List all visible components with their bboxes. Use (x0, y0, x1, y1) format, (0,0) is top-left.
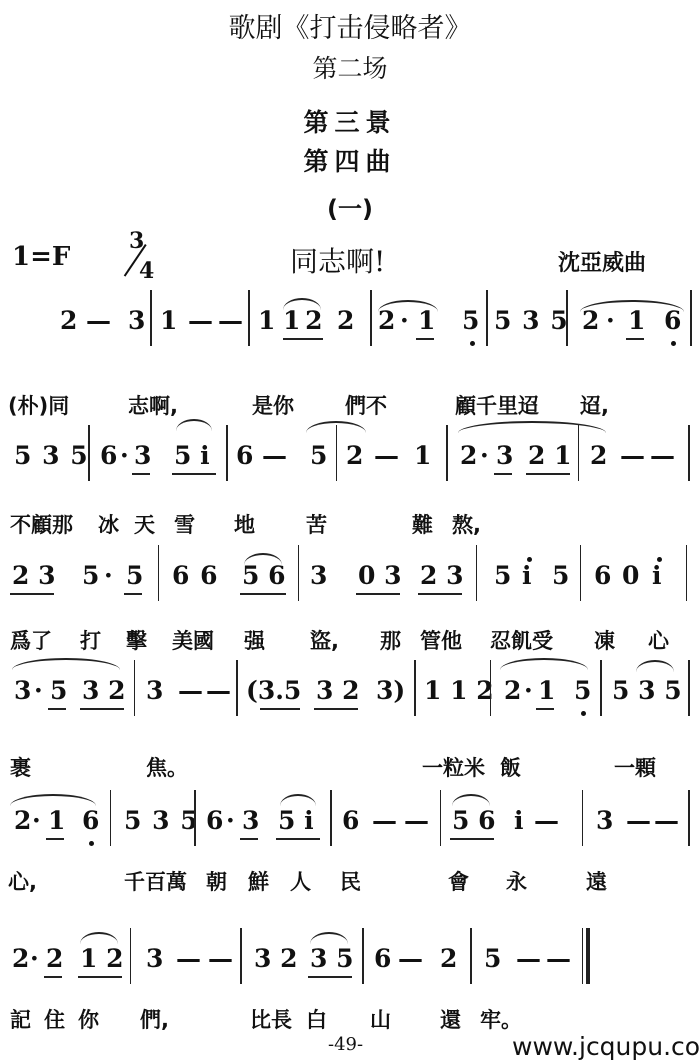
bar-line (134, 660, 135, 716)
key-signature: 1=F (12, 242, 70, 272)
dot: · (120, 441, 129, 471)
note: 1 (418, 306, 435, 336)
underline (240, 593, 286, 595)
bar-line (414, 660, 416, 716)
note: 2 (337, 306, 354, 336)
note: 6 (100, 441, 117, 471)
bar-line (490, 660, 491, 716)
final-bar-line (586, 928, 590, 984)
bar-line (476, 545, 477, 601)
dash: — (398, 944, 423, 974)
bar-line (580, 545, 581, 601)
note: 5 (462, 306, 479, 336)
slur (452, 794, 490, 806)
lyric: 你 (78, 1004, 99, 1034)
song-number-title: 第四曲 (0, 142, 700, 178)
note: 2 (440, 944, 457, 974)
dot: · (32, 806, 41, 836)
lyric: 凍 (594, 625, 615, 655)
bar-line (130, 928, 131, 984)
time-signature: 3 4 (115, 228, 155, 292)
lyric: 美國 (172, 625, 214, 655)
lyrics-row: (朴)同 志啊, 是你 們不 顧千里迢 迢, (0, 390, 700, 420)
note: 3 (14, 676, 31, 706)
underline (80, 708, 124, 710)
note: 5 (484, 944, 501, 974)
score-system-4: 3 · 5 3 2 3 — — (3.5 3 2 3) 1 1 2 2 · 1 … (0, 660, 700, 770)
bar-line (486, 290, 488, 346)
dash: — (206, 676, 231, 706)
bar-line (88, 425, 90, 481)
dot: · (400, 306, 409, 336)
slur (10, 794, 96, 806)
lyric: 冰 (98, 509, 119, 539)
notes-row: 2 — 3 1 — — 1 1 2 2 2 · 1 5 5 3 5 2 · 1 … (0, 290, 700, 350)
note: i (652, 561, 662, 591)
bar-line (240, 928, 242, 984)
underline (626, 338, 644, 340)
dot: · (606, 306, 615, 336)
lyric: 朝 (206, 866, 227, 896)
score-system-3: 2 3 5 · 5 6 6 5 6 3 0 3 2 3 5 i 5 6 0 i … (0, 545, 700, 655)
lyric: 永 (506, 866, 527, 896)
dash: — (534, 806, 559, 836)
note-group: 5 i (278, 806, 314, 836)
note: 5 (552, 561, 569, 591)
lyric: 們不 (345, 390, 387, 420)
note: 6 (82, 806, 99, 836)
score-system-5: 2 · 1 6 5 3 5 6 · 3 5 i 6 — — 5 6 i — 3 … (0, 790, 700, 900)
note: i (514, 806, 524, 836)
lyric: 忍飢受 (490, 625, 553, 655)
underline (260, 708, 300, 710)
bar-line (688, 660, 690, 716)
note: 3 (134, 441, 151, 471)
slur (12, 658, 120, 670)
lyric: 難 (412, 509, 433, 539)
lyric: 鮮 (248, 866, 269, 896)
lyric: 千百萬 (124, 866, 187, 896)
note: 6 (342, 806, 359, 836)
lyric: 苦 (306, 509, 327, 539)
note: 6 (206, 806, 223, 836)
lyric: 裹 (10, 752, 31, 782)
note: 2 (504, 676, 521, 706)
note-group: 5 3 5 (612, 676, 682, 706)
underline (44, 976, 62, 978)
note: 5 (126, 561, 143, 591)
score-system-6: 2 · 2 1 2 3 — — 3 2 3 5 6 — 2 5 — — 記 住 … (0, 928, 700, 1038)
underline (314, 708, 358, 710)
underline (132, 473, 150, 475)
dash: — (86, 306, 111, 336)
dot: · (524, 676, 533, 706)
high-octave-dot (657, 557, 662, 562)
lyric: 地 (234, 509, 255, 539)
underline (10, 593, 54, 595)
note: 2 (582, 306, 599, 336)
low-octave-dot (470, 341, 475, 346)
note-group: 0 3 (358, 561, 402, 591)
note: 5 (310, 441, 327, 471)
note: 3 (310, 561, 327, 591)
note-group: (3.5 (246, 676, 301, 706)
lyrics-row: 心, 千百萬 朝 鮮 人 民 會 永 遠 (0, 866, 700, 896)
lyric: 記 (10, 1004, 31, 1034)
lyric: 一顆 (614, 752, 656, 782)
note: 5 (82, 561, 99, 591)
note-group: 5 3 5 (14, 441, 88, 471)
bar-line (194, 790, 196, 846)
lyric: 熬, (452, 509, 481, 539)
time-denominator: 4 (139, 258, 154, 284)
note: 1 (538, 676, 555, 706)
lyric: 不顧那 (10, 509, 73, 539)
scene-title: 第二场 (0, 49, 700, 85)
note: 6 (374, 944, 391, 974)
bar-line (236, 660, 238, 716)
lyric: 天 (134, 509, 155, 539)
low-octave-dot (671, 341, 676, 346)
note-group: 3 2 (316, 676, 360, 706)
high-octave-dot (527, 557, 532, 562)
note-group: 5 3 5 (494, 306, 568, 336)
note-group: 1 2 (283, 306, 321, 336)
underline (356, 593, 400, 595)
lyric: 民 (340, 866, 361, 896)
slur (80, 932, 118, 944)
lyric: 强 (244, 625, 265, 655)
lyric: (朴)同 (8, 390, 69, 420)
lyric: 心 (648, 625, 669, 655)
lyric: 盜, (310, 625, 339, 655)
note-group: 2 1 (528, 441, 572, 471)
note: i (522, 561, 532, 591)
dot: · (30, 944, 39, 974)
slur (458, 421, 606, 433)
bar-line (150, 290, 152, 346)
note: 2 (346, 441, 363, 471)
lyric: 飯 (500, 752, 521, 782)
bar-line (578, 425, 579, 481)
notes-row: 5 3 5 6 · 3 5 i 6 — 5 2 — 1 2 · 3 2 1 2 … (0, 425, 700, 485)
dash: — (178, 676, 203, 706)
lyric: 一粒米 (422, 752, 485, 782)
note: 2 (460, 441, 477, 471)
opera-title: 歌剧《打击侵略者》 (0, 6, 700, 45)
score-system-2: 5 3 5 6 · 3 5 i 6 — 5 2 — 1 2 · 3 2 1 2 … (0, 425, 700, 535)
note: 1 (48, 806, 65, 836)
bar-line (248, 290, 250, 346)
lyrics-row: 爲了 打 擊 美國 强 盜, 那 管他 忍飢受 凍 心 (0, 625, 700, 655)
bar-line (600, 660, 602, 716)
bar-line (688, 425, 690, 481)
note: 6 (236, 441, 253, 471)
bar-line (110, 790, 111, 846)
lyric: 會 (448, 866, 469, 896)
lyric: 顧千里迢 (455, 390, 539, 420)
underline (308, 976, 352, 978)
dash: — (176, 944, 201, 974)
note: 5 (574, 676, 591, 706)
note: 3 (128, 306, 145, 336)
slur (500, 658, 588, 670)
note-group: 3 2 (254, 944, 298, 974)
lyric: 迢, (580, 390, 609, 420)
note: 2 (378, 306, 395, 336)
note-group: 2 3 (12, 561, 56, 591)
underline (78, 976, 122, 978)
composer: 沈亞威曲 (558, 246, 646, 277)
note: 1 (414, 441, 431, 471)
note-group: 1 1 2 (424, 676, 494, 706)
dash: — (546, 944, 571, 974)
note-group: 2 3 (420, 561, 464, 591)
note: 2 (590, 441, 607, 471)
note: 5 (494, 561, 511, 591)
note: 3 (496, 441, 513, 471)
dash: — (208, 944, 233, 974)
sub-scene-title: 第三景 (0, 103, 700, 139)
note-group: 1 2 (80, 944, 124, 974)
note-group: 5 3 5 (124, 806, 198, 836)
note: 1 (628, 306, 645, 336)
bar-line (566, 290, 568, 346)
lyrics-row: 記 住 你 們, 比長 白 山 還 牢。 (0, 1004, 700, 1034)
slur (176, 419, 212, 431)
bar-line (582, 790, 583, 846)
low-octave-dot (89, 841, 94, 846)
underline (283, 338, 323, 340)
note-group: 5 6 (242, 561, 286, 591)
note: 2 (14, 806, 31, 836)
bar-line (362, 928, 364, 984)
note-group: 3 5 (310, 944, 354, 974)
bar-line (336, 425, 337, 481)
note: 3 (146, 944, 163, 974)
dash: — (620, 441, 645, 471)
dash: — (262, 441, 287, 471)
bar-line (582, 928, 583, 984)
lyric: 那 (380, 625, 401, 655)
dash: — (516, 944, 541, 974)
lyric: 打 (80, 625, 101, 655)
note: 6 (594, 561, 611, 591)
lyric: 管他 (420, 625, 462, 655)
lyrics-row: 不顧那 冰 天 雪 地 苦 難 熬, (0, 509, 700, 539)
note: 5 (50, 676, 67, 706)
underline (48, 708, 66, 710)
lyric: 爲了 (10, 625, 52, 655)
page-number: -49- (328, 1034, 363, 1055)
note: 2 (60, 306, 77, 336)
lyrics-row: 裹 焦。 一粒米 飯 一顆 (0, 752, 700, 782)
bar-line (370, 290, 372, 346)
notes-row: 2 3 5 · 5 6 6 5 6 3 0 3 2 3 5 i 5 6 0 i (0, 545, 700, 605)
bar-line (226, 425, 228, 481)
lyric: 心, (8, 866, 37, 896)
lyric: 人 (290, 866, 311, 896)
part-number: (一) (0, 189, 700, 224)
slur (636, 660, 674, 672)
note-group: 5 i (174, 441, 210, 471)
underline (276, 838, 320, 840)
underline (46, 838, 64, 840)
underline (124, 593, 142, 595)
notes-row: 3 · 5 3 2 3 — — (3.5 3 2 3) 1 1 2 2 · 1 … (0, 660, 700, 720)
notes-row: 2 · 1 6 5 3 5 6 · 3 5 i 6 — — 5 6 i — 3 … (0, 790, 700, 850)
slur (280, 794, 316, 806)
note: 2 (12, 944, 29, 974)
dot: · (480, 441, 489, 471)
lyric: 雪 (174, 509, 195, 539)
lyric: 們, (140, 1004, 169, 1034)
note-group: 5 6 (452, 806, 496, 836)
note: 2 (46, 944, 63, 974)
bar-line (330, 790, 332, 846)
bar-line (688, 790, 690, 846)
note-group: 6 6 (172, 561, 218, 591)
underline (172, 473, 216, 475)
notes-row: 2 · 2 1 2 3 — — 3 2 3 5 6 — 2 5 — — (0, 928, 700, 988)
slur (310, 932, 348, 944)
underline (450, 838, 494, 840)
lyric: 白 (306, 1004, 327, 1034)
note: 3 (596, 806, 613, 836)
underline (240, 838, 258, 840)
bar-line (690, 290, 692, 346)
bar-line (470, 928, 472, 984)
lyric: 志啊, (128, 390, 178, 420)
dot: · (104, 561, 113, 591)
score-system-1: 2 — 3 1 — — 1 1 2 2 2 · 1 5 5 3 5 2 · 1 … (0, 290, 700, 400)
bar-line (686, 545, 687, 601)
lyric: 牢。 (480, 1004, 522, 1034)
dash: — (650, 441, 675, 471)
dash: — (218, 306, 243, 336)
lyric: 住 (44, 1004, 65, 1034)
bar-line (440, 790, 441, 846)
note: 3 (242, 806, 259, 836)
note: 1 (160, 306, 177, 336)
dash: — (404, 806, 429, 836)
lyric: 比長 (250, 1004, 292, 1034)
underline (494, 473, 512, 475)
dash: — (654, 806, 679, 836)
underline (416, 338, 434, 340)
watermark: www.jcqupu.com (512, 1032, 700, 1061)
note-group: 3 2 (82, 676, 126, 706)
bar-line (298, 545, 299, 601)
lyric: 焦。 (146, 752, 188, 782)
song-title: 同志啊! (290, 240, 385, 280)
dot: · (34, 676, 43, 706)
bar-line (446, 425, 448, 481)
lyric: 擊 (126, 625, 147, 655)
underline (526, 473, 570, 475)
bar-line (158, 545, 159, 601)
underline (418, 593, 462, 595)
note: 6 (664, 306, 681, 336)
low-octave-dot (581, 711, 586, 716)
dash: — (188, 306, 213, 336)
note: 0 (622, 561, 639, 591)
lyric: 是你 (252, 390, 294, 420)
note: 3 (146, 676, 163, 706)
lyric: 還 (440, 1004, 461, 1034)
dash: — (374, 441, 399, 471)
lyric: 遠 (586, 866, 607, 896)
underline (536, 708, 554, 710)
note: 1 (258, 306, 275, 336)
lyric: 山 (370, 1004, 391, 1034)
dash: — (372, 806, 397, 836)
dash: — (626, 806, 651, 836)
dot: · (226, 806, 235, 836)
note-group: 3) (376, 676, 405, 706)
